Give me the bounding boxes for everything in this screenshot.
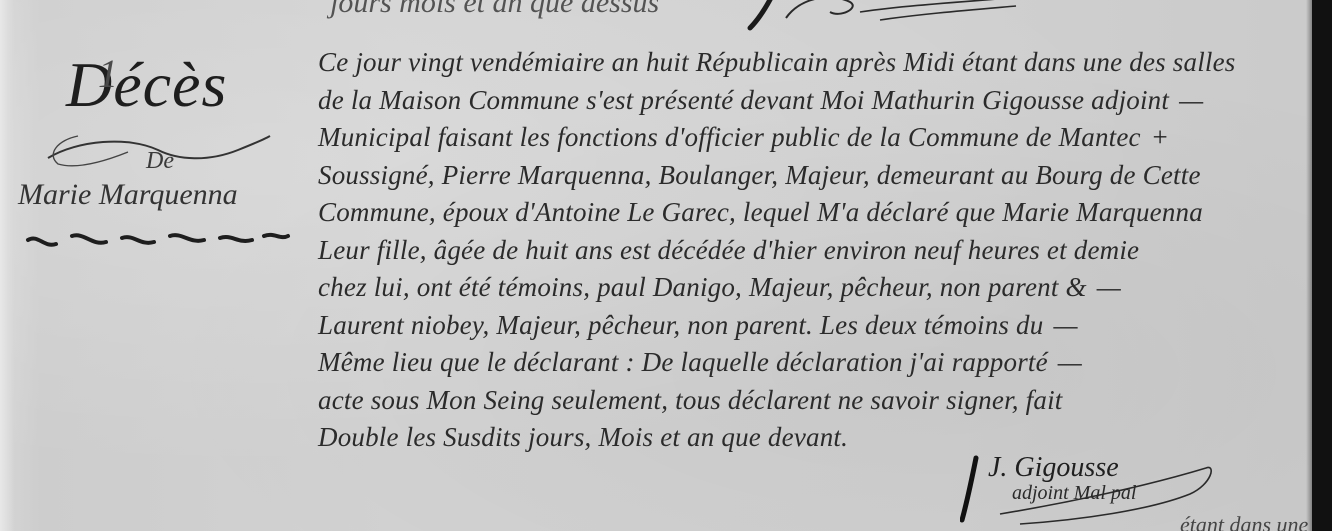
previous-signature-icon [740, 0, 1020, 38]
margin-annotation: Décès 1 De Marie Marquenna [18, 30, 298, 270]
record-line: Ce jour vingt vendémiaire an huit Républ… [318, 44, 1308, 82]
record-line: Commune, époux d'Antoine Le Garec, leque… [318, 194, 1308, 232]
record-line: Municipal faisant les fonctions d'offici… [318, 119, 1308, 157]
record-line: Soussigné, Pierre Marquenna, Boulanger, … [318, 157, 1308, 195]
record-line: Leur fille, âgée de huit ans est décédée… [318, 232, 1308, 270]
scan-dark-edge [1312, 0, 1332, 531]
record-line: de la Maison Commune s'est présenté deva… [318, 82, 1308, 120]
record-line: Laurent niobey, Majeur, pêcheur, non par… [318, 307, 1308, 345]
torn-paper-edge [0, 0, 14, 531]
underline-flourish-icon [22, 226, 292, 256]
margin-title: Décès [66, 48, 227, 122]
previous-record-fragment: jours mois et an que dessus [330, 0, 659, 20]
record-line: Même lieu que le déclarant : De laquelle… [318, 344, 1308, 382]
record-number: 1 [98, 50, 118, 97]
signature-name: J. Gigousse [988, 452, 1119, 484]
next-record-fragment: étant dans une [1180, 512, 1308, 531]
record-line: acte sous Mon Seing seulement, tous décl… [318, 382, 1308, 420]
deceased-name: Marie Marquenna [18, 178, 238, 212]
document-page: Décès 1 De Marie Marquenna jours mois et… [0, 0, 1332, 531]
record-line: chez lui, ont été témoins, paul Danigo, … [318, 269, 1308, 307]
margin-preposition: De [146, 148, 174, 175]
record-body: Ce jour vingt vendémiaire an huit Républ… [318, 44, 1308, 457]
signature-title: adjoint Mal pal [1012, 482, 1136, 505]
